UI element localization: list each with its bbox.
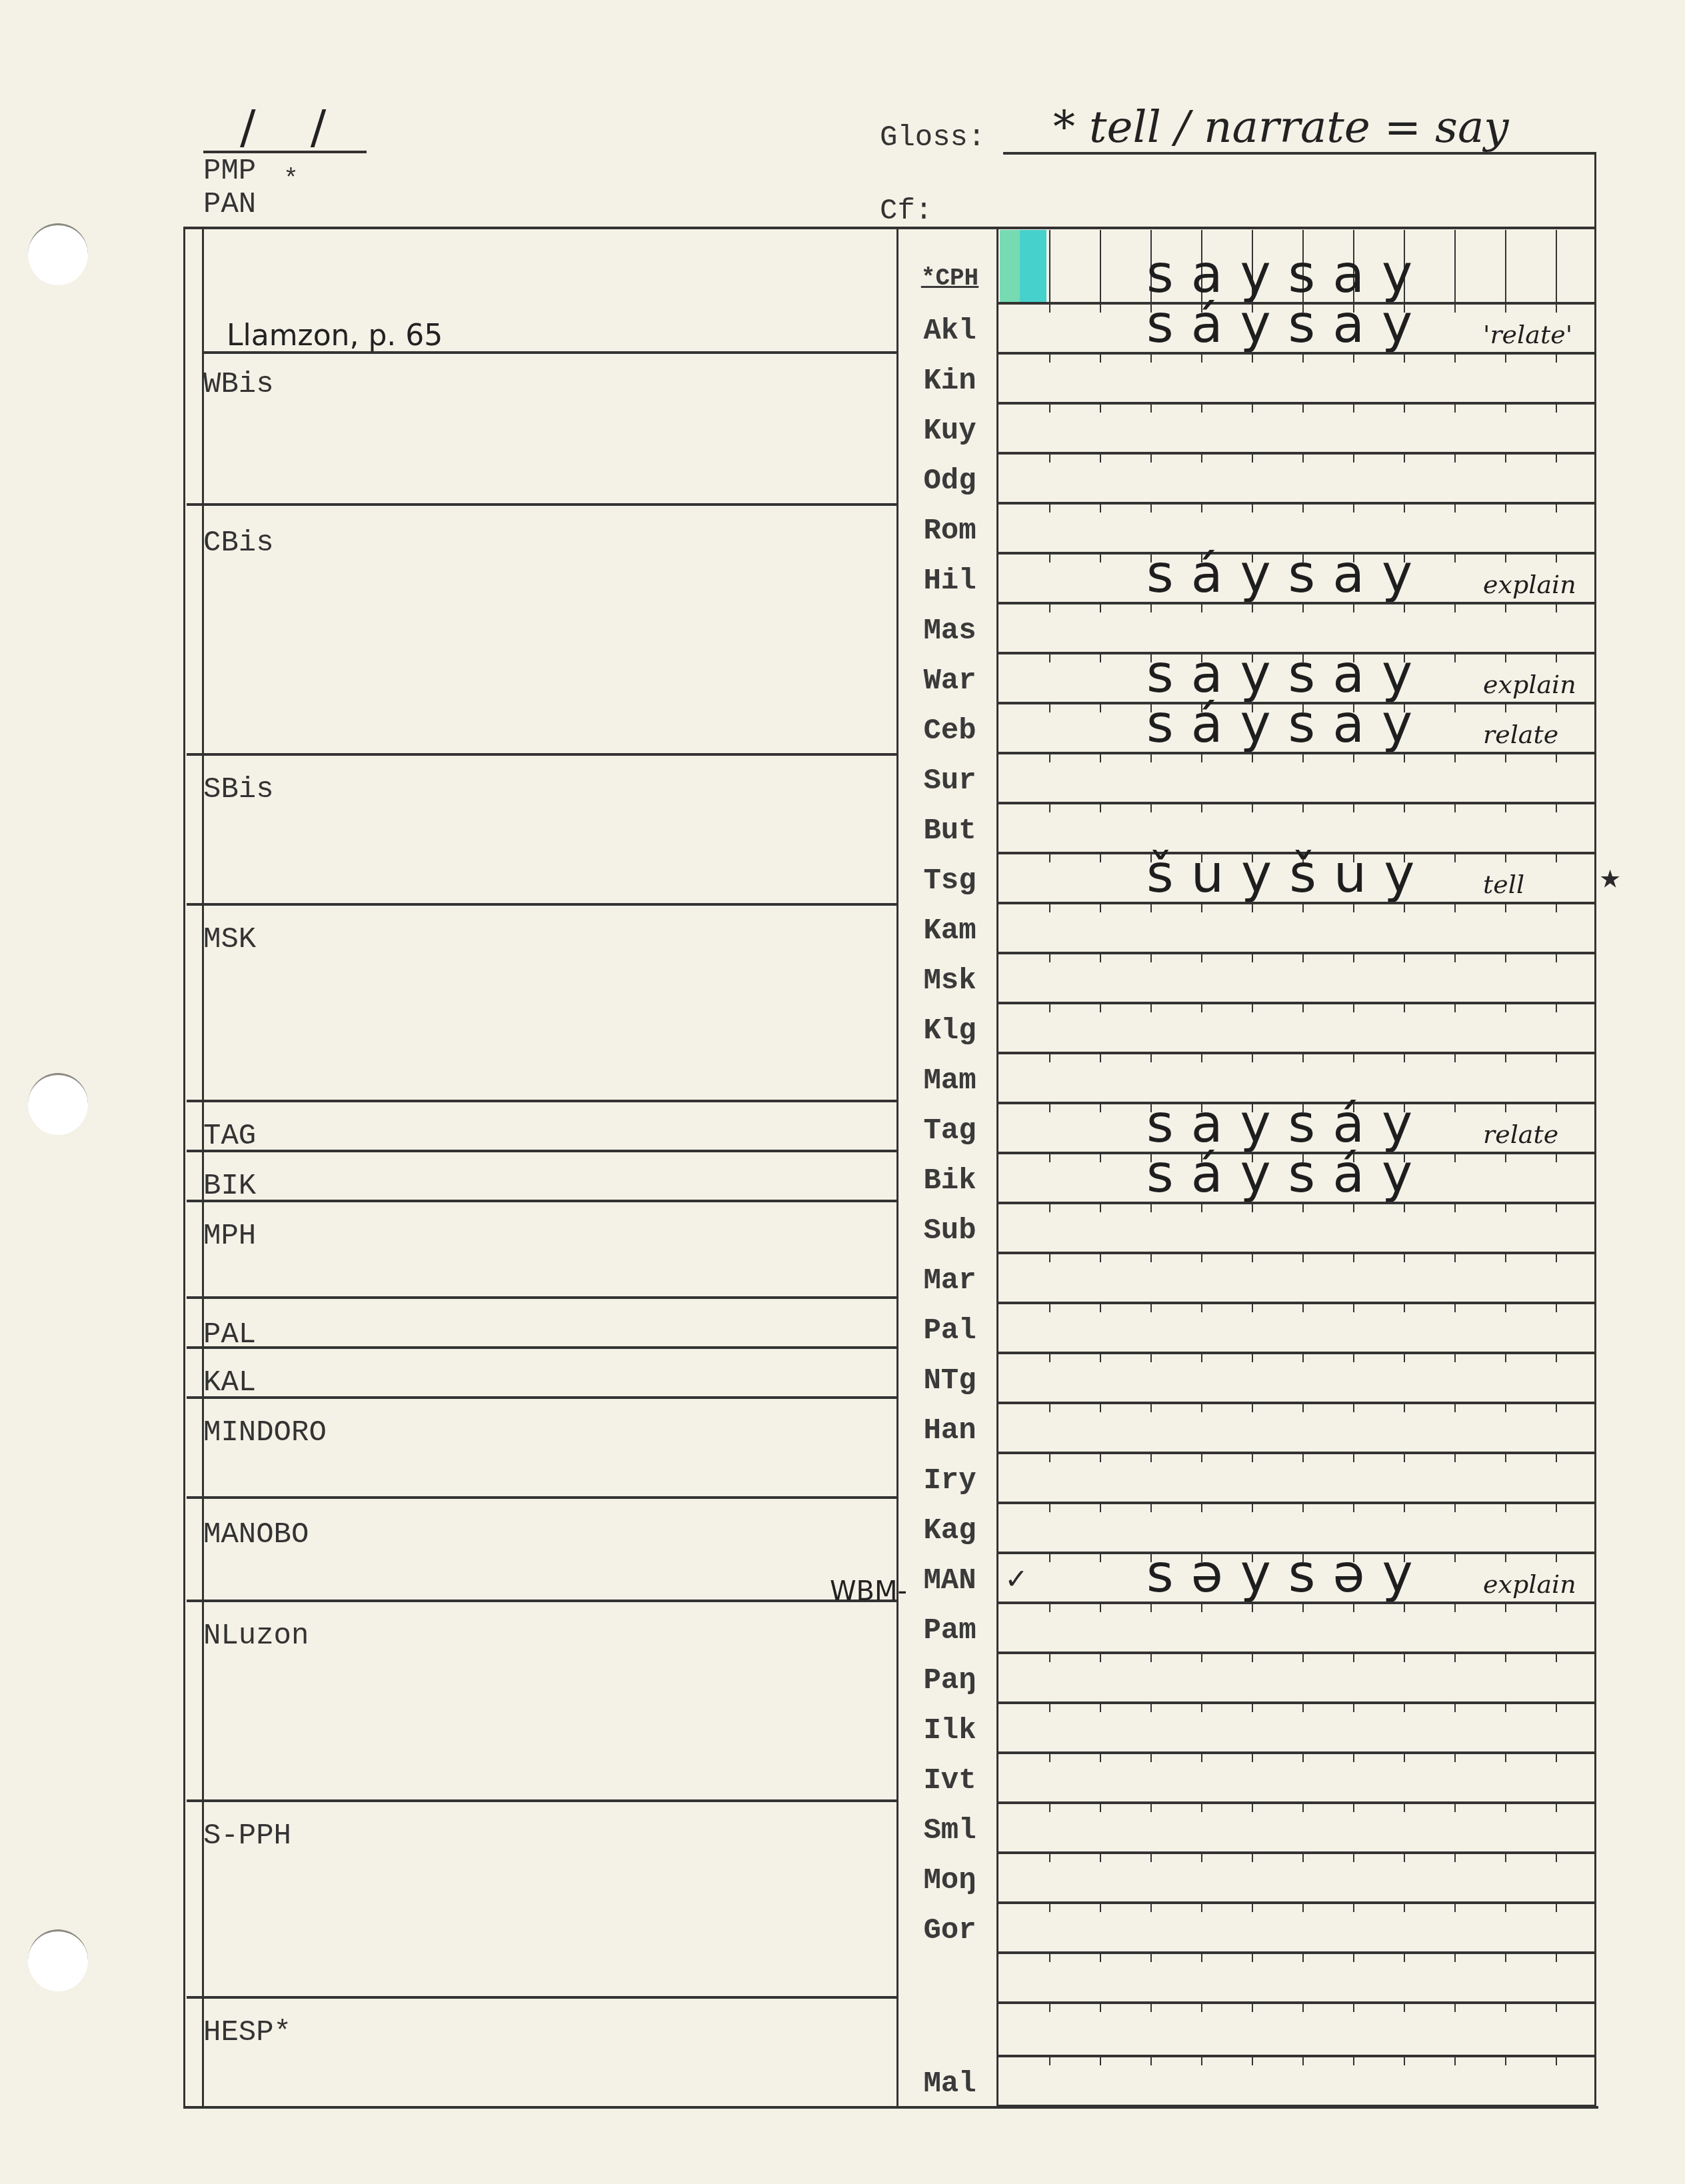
cell-tick [1049, 2055, 1050, 2065]
cell-tick [1556, 302, 1557, 313]
cell-tick [1556, 1102, 1557, 1112]
star-icon: ★ [1600, 856, 1620, 898]
language-code: Klg [900, 1014, 1000, 1048]
cell-tick [1049, 1052, 1050, 1062]
cell-tick [1049, 402, 1050, 413]
cell-tick [1252, 452, 1253, 463]
cell-tick [1252, 1402, 1253, 1412]
row-line [998, 1602, 1596, 1604]
cell-tick [1049, 352, 1050, 363]
cell-tick [1505, 752, 1506, 762]
cell-tick [1150, 2055, 1152, 2065]
cell-tick [1049, 1202, 1050, 1212]
cell-tick [1201, 602, 1202, 612]
section-divider [187, 1600, 896, 1602]
cell-tick [1454, 1552, 1456, 1562]
cell-tick [1556, 1302, 1557, 1312]
cell-tick [1150, 1851, 1152, 1862]
cell-tick [1556, 402, 1557, 413]
row-line [998, 452, 1596, 455]
language-code: Kam [900, 914, 1000, 948]
cell-tick [1454, 1252, 1456, 1262]
cell-tick [1100, 1552, 1101, 1562]
cell-tick [1556, 652, 1557, 662]
cell-tick [1302, 1502, 1304, 1512]
cell-tick [1505, 402, 1506, 413]
cell-tick [1353, 1801, 1354, 1812]
cell-tick [1404, 1851, 1405, 1862]
cph-highlight-inner [1020, 230, 1046, 303]
cell-tick [1100, 552, 1101, 562]
row-line [998, 2105, 1596, 2107]
row-line [998, 1452, 1596, 1454]
row-line [998, 752, 1596, 754]
language-code: Sml [900, 1814, 1000, 1847]
language-code: Gor [900, 1914, 1000, 1947]
cell-tick [1454, 1502, 1456, 1512]
cell-tick [1353, 402, 1354, 413]
cell-tick [1100, 1252, 1101, 1262]
gloss-value: * tell / narrate = say [1053, 101, 1509, 153]
cell-tick [1049, 302, 1050, 313]
cell-tick [1252, 902, 1253, 912]
cell-tick [1100, 452, 1101, 463]
cell-tick [1100, 352, 1101, 363]
cell-tick [1100, 1851, 1101, 1862]
language-code: Ivt [900, 1764, 1000, 1797]
row-line [998, 1951, 1596, 1954]
cell-tick [1404, 1502, 1405, 1512]
cell-tick [1556, 1651, 1557, 1662]
cell-tick [1049, 1951, 1050, 1962]
cell-tick [1049, 1651, 1050, 1662]
reflex-form: səysəy [1146, 1544, 1430, 1604]
language-code: Ceb [900, 714, 1000, 748]
subgroup-label: BIK [203, 1170, 256, 1203]
cell-tick [1454, 502, 1456, 513]
section-divider [187, 1346, 896, 1349]
reflex-meaning: explain [1483, 570, 1576, 599]
cell-tick [1302, 452, 1304, 463]
cell-tick [1201, 952, 1202, 962]
cell-tick [1100, 1901, 1101, 1912]
cell-tick [1556, 802, 1557, 812]
cell-tick [1505, 1901, 1506, 1912]
language-code: Mam [900, 1064, 1000, 1098]
cell-tick [1049, 2001, 1050, 2012]
cell-tick [1302, 1252, 1304, 1262]
cell-tick [1201, 1252, 1202, 1262]
subgroup-label: TAG [203, 1120, 256, 1153]
cell-tick [1556, 1252, 1557, 1262]
row-line [998, 402, 1596, 405]
cell-tick [1049, 852, 1050, 862]
cell-tick [1201, 2055, 1202, 2065]
cell-tick [1505, 1452, 1506, 1462]
cell-tick [1404, 1002, 1405, 1012]
cell-tick [1049, 1002, 1050, 1012]
cell-tick [1252, 1801, 1253, 1812]
cell-tick [1454, 1152, 1456, 1162]
row-line [998, 1651, 1596, 1654]
language-code: Rom [900, 515, 1000, 548]
cell-tick [1100, 2001, 1101, 2012]
row-line [998, 802, 1596, 804]
row-line [998, 1302, 1596, 1304]
cell-tick [1302, 752, 1304, 762]
cell-tick [1302, 1801, 1304, 1812]
cell-tick [1556, 1502, 1557, 1512]
cell-tick [1049, 1352, 1050, 1362]
cell-tick [1049, 502, 1050, 513]
language-code: But [900, 814, 1000, 848]
cell-tick [1556, 1452, 1557, 1462]
language-code: Kag [900, 1514, 1000, 1548]
cph-cell-divider [1100, 230, 1101, 303]
cell-tick [1201, 1002, 1202, 1012]
cell-tick [1505, 1102, 1506, 1112]
cell-tick [1201, 1452, 1202, 1462]
language-code: Ilk [900, 1714, 1000, 1747]
section-divider [187, 503, 896, 506]
cell-tick [1556, 1352, 1557, 1362]
cell-tick [1353, 802, 1354, 812]
cell-tick [1302, 802, 1304, 812]
cell-tick [1404, 1701, 1405, 1712]
cell-tick [1404, 902, 1405, 912]
cell-tick [1454, 752, 1456, 762]
cell-tick [1302, 1402, 1304, 1412]
language-code: Mas [900, 614, 1000, 648]
cell-tick [1302, 1202, 1304, 1212]
source-note: Llamzon, p. 65 [227, 319, 443, 353]
language-code: Kin [900, 365, 1000, 398]
cell-tick [1150, 752, 1152, 762]
cell-tick [1049, 1701, 1050, 1712]
cell-tick [1556, 1152, 1557, 1162]
wbm-marker: WBM- [830, 1576, 907, 1607]
cell-tick [1353, 1352, 1354, 1362]
cell-tick [1404, 1901, 1405, 1912]
cell-tick [1049, 802, 1050, 812]
cell-tick [1252, 1302, 1253, 1312]
subgroup-label: MPH [203, 1220, 256, 1253]
cell-tick [1201, 1901, 1202, 1912]
section-divider [187, 1996, 896, 1999]
cell-tick [1353, 1402, 1354, 1412]
cell-tick [1049, 752, 1050, 762]
cell-tick [1556, 452, 1557, 463]
cell-tick [1404, 1352, 1405, 1362]
proto-label-pmp: PMP [203, 155, 256, 188]
gloss-underline [1003, 152, 1596, 155]
cell-tick [1505, 502, 1506, 513]
cell-tick [1556, 2055, 1557, 2065]
cell-tick [1556, 1901, 1557, 1912]
cell-tick [1404, 602, 1405, 612]
cell-tick [1404, 1751, 1405, 1762]
cell-tick [1404, 952, 1405, 962]
language-code: Tag [900, 1114, 1000, 1148]
cell-tick [1201, 1801, 1202, 1812]
cell-tick [1150, 952, 1152, 962]
cell-tick [1556, 952, 1557, 962]
cell-tick [1201, 752, 1202, 762]
cell-tick [1049, 652, 1050, 662]
cell-tick [1100, 1602, 1101, 1612]
cell-tick [1505, 1502, 1506, 1512]
cell-tick [1505, 1651, 1506, 1662]
cell-tick [1556, 902, 1557, 912]
cell-tick [1252, 1751, 1253, 1762]
cell-tick [1252, 1651, 1253, 1662]
punch-hole-middle [28, 1073, 88, 1135]
cell-tick [1302, 2055, 1304, 2065]
cell-tick [1353, 1252, 1354, 1262]
row-line [998, 502, 1596, 505]
language-code: Sur [900, 764, 1000, 798]
cell-tick [1100, 502, 1101, 513]
cell-tick [1201, 1951, 1202, 1962]
cell-tick [1302, 1651, 1304, 1662]
cell-tick [1150, 1951, 1152, 1962]
cell-tick [1404, 502, 1405, 513]
cell-tick [1049, 1102, 1050, 1112]
row-line [998, 902, 1596, 904]
cell-tick [1201, 1052, 1202, 1062]
cell-tick [1252, 1901, 1253, 1912]
cell-tick [1150, 1402, 1152, 1412]
cell-tick [1505, 1701, 1506, 1712]
row-line [998, 1851, 1596, 1854]
cell-tick [1100, 1152, 1101, 1162]
cell-tick [1302, 352, 1304, 363]
language-code: Msk [900, 964, 1000, 998]
cell-tick [1150, 602, 1152, 612]
reflex-meaning: relate [1483, 720, 1558, 749]
cell-tick [1505, 1402, 1506, 1412]
cell-tick [1252, 2001, 1253, 2012]
cell-tick [1201, 1651, 1202, 1662]
cell-tick [1556, 352, 1557, 363]
cell-tick [1505, 852, 1506, 862]
cell-tick [1201, 452, 1202, 463]
cell-tick [1150, 1801, 1152, 1812]
row-line [998, 1502, 1596, 1504]
reflex-meaning: 'relate' [1483, 320, 1572, 349]
proto-asterisk: * [283, 165, 299, 194]
language-code: Mal [900, 2067, 1000, 2101]
cell-tick [1454, 652, 1456, 662]
cell-tick [1353, 1052, 1354, 1062]
cell-tick [1252, 952, 1253, 962]
cell-tick [1353, 1302, 1354, 1312]
language-code: War [900, 664, 1000, 698]
cell-tick [1302, 1452, 1304, 1462]
subgroup-label: NLuzon [203, 1620, 309, 1653]
language-code: Odg [900, 465, 1000, 498]
cell-tick [1556, 852, 1557, 862]
cell-tick [1049, 1452, 1050, 1462]
cell-tick [1505, 902, 1506, 912]
cell-tick [1100, 852, 1101, 862]
cell-tick [1454, 1002, 1456, 1012]
cell-tick [1100, 1502, 1101, 1512]
row-line [998, 1252, 1596, 1254]
cell-tick [1353, 602, 1354, 612]
cell-tick [1150, 1751, 1152, 1762]
row-line [998, 2001, 1596, 2004]
language-code: Tsg [900, 864, 1000, 898]
cell-tick [1353, 1602, 1354, 1612]
cell-tick [1454, 1102, 1456, 1112]
cell-tick [1302, 1751, 1304, 1762]
row-line [998, 1701, 1596, 1704]
cell-tick [1556, 2001, 1557, 2012]
cell-tick [1150, 1252, 1152, 1262]
cell-tick [1049, 952, 1050, 962]
cell-tick [1404, 1951, 1405, 1962]
row-line [998, 1052, 1596, 1054]
subgroup-label: WBis [203, 368, 274, 401]
reflex-form: šuyšuy [1146, 844, 1432, 904]
cell-tick [1404, 2055, 1405, 2065]
language-code: Iry [900, 1464, 1000, 1498]
cell-tick [1049, 902, 1050, 912]
cell-tick [1505, 952, 1506, 962]
cell-tick [1404, 1302, 1405, 1312]
cell-tick [1454, 1202, 1456, 1212]
cell-tick [1404, 2001, 1405, 2012]
cell-tick [1201, 1851, 1202, 1862]
cell-tick [1353, 902, 1354, 912]
subgroup-label: MSK [203, 923, 256, 956]
cell-tick [1252, 602, 1253, 612]
reflex-meaning: tell [1483, 870, 1524, 899]
cell-tick [1100, 1202, 1101, 1212]
cell-tick [1201, 1502, 1202, 1512]
cell-tick [1201, 1602, 1202, 1612]
cell-tick [1404, 1052, 1405, 1062]
row-line [998, 1202, 1596, 1204]
row-line [998, 1002, 1596, 1004]
row-line [998, 1801, 1596, 1804]
cell-tick [1454, 452, 1456, 463]
cell-tick [1556, 502, 1557, 513]
cell-tick [1049, 1302, 1050, 1312]
cell-tick [1353, 1851, 1354, 1862]
cell-tick [1454, 2055, 1456, 2065]
cell-tick [1353, 1901, 1354, 1912]
section-divider [187, 753, 896, 756]
cell-tick [1505, 602, 1506, 612]
cell-tick [1454, 1402, 1456, 1412]
cell-tick [1252, 502, 1253, 513]
cell-tick [1353, 352, 1354, 363]
cell-tick [1302, 1302, 1304, 1312]
cell-tick [1302, 502, 1304, 513]
cell-tick [1505, 652, 1506, 662]
language-code: Pal [900, 1314, 1000, 1348]
section-divider [187, 903, 896, 906]
cell-tick [1556, 1701, 1557, 1712]
cell-tick [1100, 1751, 1101, 1762]
cell-tick [1100, 1302, 1101, 1312]
row-line [998, 602, 1596, 604]
cell-tick [1505, 1152, 1506, 1162]
cell-tick [1150, 1901, 1152, 1912]
cell-tick [1353, 1502, 1354, 1512]
cph-cell-divider [1556, 230, 1557, 303]
cell-tick [1556, 1801, 1557, 1812]
language-code: Mar [900, 1264, 1000, 1298]
cell-tick [1556, 1951, 1557, 1962]
cell-tick [1556, 752, 1557, 762]
cell-tick [1150, 502, 1152, 513]
cell-tick [1556, 1851, 1557, 1862]
cell-tick [1404, 1452, 1405, 1462]
cell-tick [1302, 1002, 1304, 1012]
subgroup-label: CBis [203, 527, 274, 560]
cell-tick [1100, 702, 1101, 712]
cell-tick [1302, 1851, 1304, 1862]
cell-tick [1404, 1651, 1405, 1662]
section-divider [187, 1100, 896, 1102]
cell-tick [1100, 902, 1101, 912]
cell-tick [1252, 1052, 1253, 1062]
frame-top-line [183, 227, 1596, 229]
cell-tick [1150, 1452, 1152, 1462]
cell-tick [1302, 902, 1304, 912]
cell-tick [1353, 1202, 1354, 1212]
cell-tick [1150, 352, 1152, 363]
cell-tick [1150, 1602, 1152, 1612]
cell-tick [1505, 1801, 1506, 1812]
row-line [998, 1402, 1596, 1404]
cell-tick [1556, 1402, 1557, 1412]
cell-tick [1100, 1102, 1101, 1112]
cell-tick [1100, 802, 1101, 812]
row-line [998, 1901, 1596, 1904]
cell-tick [1201, 1352, 1202, 1362]
cell-tick [1505, 552, 1506, 562]
language-code: Akl [900, 315, 1000, 348]
cell-tick [1454, 1052, 1456, 1062]
cell-tick [1404, 1202, 1405, 1212]
row-line [998, 2055, 1596, 2057]
cell-tick [1100, 1651, 1101, 1662]
cell-tick [1100, 602, 1101, 612]
row-line [998, 1751, 1596, 1754]
cell-tick [1100, 1002, 1101, 1012]
cell-tick [1302, 1701, 1304, 1712]
cell-tick [1505, 1302, 1506, 1312]
cell-tick [1454, 902, 1456, 912]
subgroup-label: SBis [203, 773, 274, 806]
cell-tick [1454, 1701, 1456, 1712]
cell-tick [1302, 1602, 1304, 1612]
cell-tick [1201, 1402, 1202, 1412]
section-divider [187, 1150, 896, 1152]
cell-tick [1454, 952, 1456, 962]
cell-tick [1353, 1452, 1354, 1462]
cell-tick [1404, 352, 1405, 363]
cell-tick [1252, 1701, 1253, 1712]
cell-tick [1201, 1751, 1202, 1762]
cell-tick [1556, 552, 1557, 562]
punch-hole-top [28, 223, 88, 285]
cell-tick [1353, 1751, 1354, 1762]
